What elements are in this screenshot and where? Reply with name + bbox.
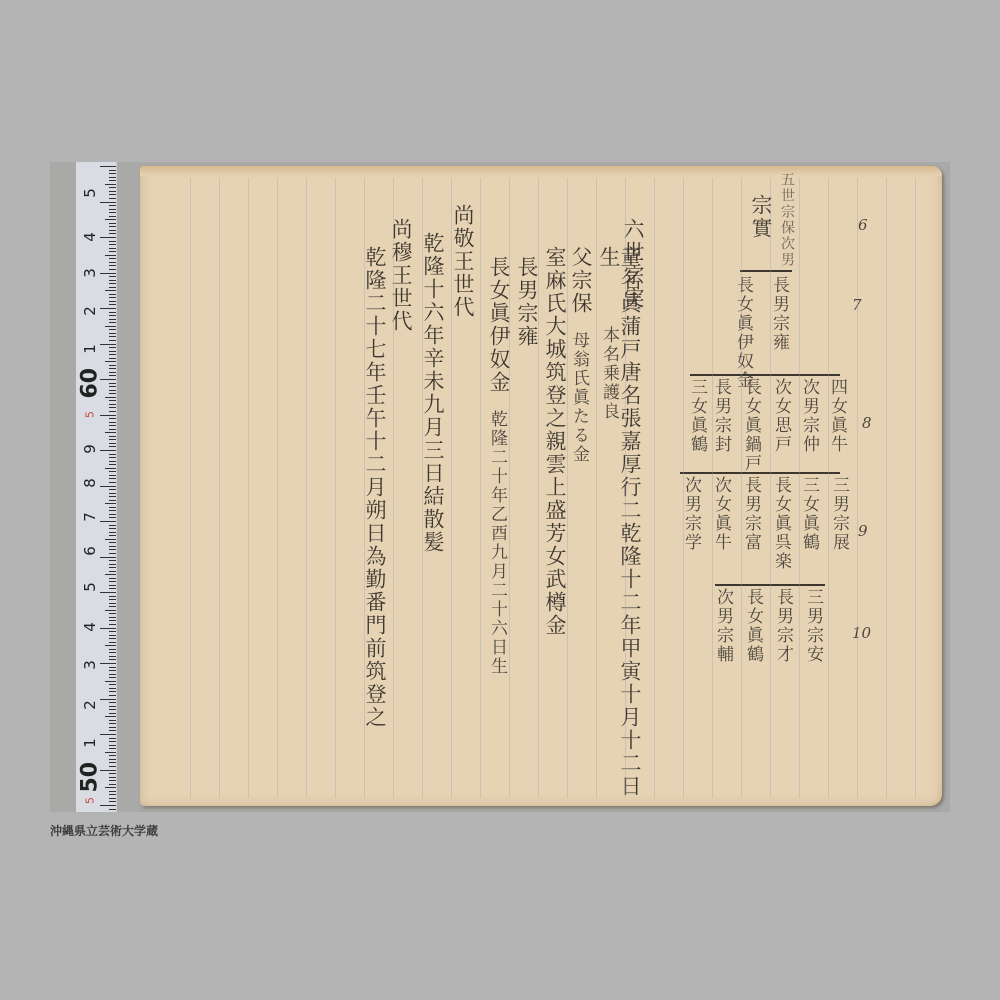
ruler-tick xyxy=(109,429,116,430)
ruler-tick xyxy=(109,461,116,462)
tree-gen3-0: 三男宗展 xyxy=(830,476,847,552)
ruler-tick xyxy=(109,791,116,792)
ruler-tick xyxy=(100,663,116,664)
ruled-line xyxy=(857,178,858,798)
ruler-label: 5 xyxy=(84,789,97,813)
ruler-tick xyxy=(109,638,116,639)
ruler-tick xyxy=(109,794,116,795)
text-column: 長女眞伊奴金 xyxy=(488,256,509,394)
ruler-tick xyxy=(100,699,116,700)
ruled-line xyxy=(219,178,220,798)
ruled-line xyxy=(683,178,684,798)
page-number: 8 xyxy=(862,414,872,432)
ruler-tick xyxy=(109,230,116,231)
tree-gen4-3: 次男宗輔 xyxy=(714,588,731,664)
ruler-tick xyxy=(109,613,116,614)
document-scan: 54321605987654321505 五世宗保次男 宗實 長男宗雍 長女眞伊… xyxy=(50,162,950,812)
ruled-line xyxy=(509,178,510,798)
ruler-tick xyxy=(109,198,116,199)
ruler-tick xyxy=(109,667,116,668)
ruled-line xyxy=(277,178,278,798)
ruler-tick xyxy=(109,720,116,721)
ruler-tick xyxy=(109,457,116,458)
ruler-tick xyxy=(109,553,116,554)
measuring-ruler: 54321605987654321505 xyxy=(76,162,117,812)
ruler-tick xyxy=(100,805,116,806)
ruler-label: 8 xyxy=(81,471,99,495)
ruler-tick xyxy=(109,688,116,689)
ruler-tick xyxy=(109,674,116,675)
ruler-tick xyxy=(109,475,116,476)
ruler-tick xyxy=(100,521,116,522)
ruler-tick xyxy=(109,549,116,550)
ruler-tick xyxy=(105,574,116,575)
tree-gen3-1: 三女眞鶴 xyxy=(800,476,817,552)
ruled-line xyxy=(306,178,307,798)
ruler-tick xyxy=(109,418,116,419)
ruler-tick xyxy=(109,809,116,810)
ruler-tick xyxy=(109,180,116,181)
ruler-tick xyxy=(109,713,116,714)
ruled-line xyxy=(567,178,568,798)
ruler-label: 3 xyxy=(81,653,99,677)
text-column: 尚敬王世代 xyxy=(452,204,473,319)
ruler-tick xyxy=(109,233,116,234)
ruler-tick xyxy=(105,645,116,646)
ruler-tick xyxy=(109,390,116,391)
ruler-tick xyxy=(109,241,116,242)
ruler-tick xyxy=(105,681,116,682)
ruler-tick xyxy=(109,439,116,440)
ruler-tick xyxy=(105,752,116,753)
ruled-line xyxy=(828,178,829,798)
ruled-line xyxy=(248,178,249,798)
ruler-tick xyxy=(109,304,116,305)
ruler-tick xyxy=(109,209,116,210)
ruler-tick xyxy=(109,496,116,497)
ruler-tick xyxy=(100,592,116,593)
ruler-tick xyxy=(109,677,116,678)
ruler-tick xyxy=(100,273,116,274)
ruler-tick xyxy=(109,659,116,660)
ruler-tick xyxy=(109,251,116,252)
ruler-label: 7 xyxy=(81,505,99,529)
ruler-tick xyxy=(109,280,116,281)
ruler-tick xyxy=(109,571,116,572)
ruler-tick xyxy=(109,297,116,298)
tree-gen3-5: 次男宗学 xyxy=(682,476,699,552)
ruler-tick xyxy=(109,400,116,401)
tree-gen4-0: 三男宗安 xyxy=(804,588,821,664)
ruler-label: 6 xyxy=(81,539,99,563)
ruler-tick xyxy=(109,709,116,710)
ruler-tick xyxy=(109,258,116,259)
ruler-tick xyxy=(109,191,116,192)
ruler-tick xyxy=(109,411,116,412)
ruler-tick xyxy=(109,784,116,785)
ruler-tick xyxy=(109,567,116,568)
ruler-tick xyxy=(109,170,116,171)
ruler-tick xyxy=(105,432,116,433)
ruler-tick xyxy=(109,581,116,582)
ruler-tick xyxy=(109,755,116,756)
ruler-tick xyxy=(109,500,116,501)
tree-gen4-2: 長女眞鶴 xyxy=(744,588,761,664)
ruler-tick xyxy=(109,606,116,607)
ruler-tick xyxy=(105,468,116,469)
ruler-label: 3 xyxy=(81,261,99,285)
ruler-tick xyxy=(109,723,116,724)
ruler-label: 4 xyxy=(81,615,99,639)
ruler-tick xyxy=(109,436,116,437)
ruler-tick xyxy=(109,194,116,195)
ruler-tick xyxy=(109,312,116,313)
tree-gen2-5: 三女眞鶴 xyxy=(688,378,705,454)
ruler-tick xyxy=(109,301,116,302)
tree-gen2-3: 長女眞鍋戸 xyxy=(742,378,759,473)
ruler-tick xyxy=(109,542,116,543)
ruler-tick xyxy=(109,212,116,213)
ruler-tick xyxy=(105,397,116,398)
ruler-tick xyxy=(109,514,116,515)
ruler-tick xyxy=(109,489,116,490)
text-column-note: 母翁氏眞たる金 xyxy=(570,331,587,464)
ruler-tick xyxy=(105,787,116,788)
ruler-tick xyxy=(109,578,116,579)
ruled-line xyxy=(886,178,887,798)
ruler-tick xyxy=(109,223,116,224)
ruler-tick xyxy=(109,493,116,494)
ruler-tick xyxy=(109,706,116,707)
ruler-tick xyxy=(109,248,116,249)
ruler-tick xyxy=(109,276,116,277)
page-number: 6 xyxy=(858,216,868,234)
ruler-label: 5 xyxy=(81,181,99,205)
ruler-label: 1 xyxy=(81,337,99,361)
ruled-line xyxy=(335,178,336,798)
ruler-label: 2 xyxy=(81,693,99,717)
ruler-tick xyxy=(109,656,116,657)
ruler-tick xyxy=(109,631,116,632)
ruler-tick xyxy=(109,294,116,295)
text-column: 童名眞蒲戸唐名張嘉厚行二乾隆十二年甲寅十月十二日生 xyxy=(598,246,640,806)
tree-gen2-1: 次男宗仲 xyxy=(800,378,817,454)
ruler-tick xyxy=(109,187,116,188)
ruled-line xyxy=(712,178,713,798)
ruler-tick xyxy=(105,326,116,327)
tree-gen2-4: 長男宗封 xyxy=(712,378,729,454)
ruler-tick xyxy=(100,202,116,203)
ruler-tick xyxy=(109,507,116,508)
ruler-label: 2 xyxy=(81,299,99,323)
ruled-line xyxy=(625,178,626,798)
ruler-tick xyxy=(109,407,116,408)
ruler-label: 60 xyxy=(78,375,103,399)
ruler-tick xyxy=(109,546,116,547)
ruler-tick xyxy=(109,766,116,767)
notebook-page: 五世宗保次男 宗實 長男宗雍 長女眞伊奴金 四女眞牛次男宗仲次女思戸長女眞鍋戸長… xyxy=(140,166,942,806)
genealogy-header: 五世宗保次男 xyxy=(780,172,794,268)
ruler-tick xyxy=(109,404,116,405)
ruler-tick xyxy=(109,471,116,472)
ruler-tick xyxy=(109,691,116,692)
ruler-tick xyxy=(109,780,116,781)
ruler-tick xyxy=(109,649,116,650)
ruler-tick xyxy=(109,351,116,352)
ruler-tick xyxy=(109,464,116,465)
tree-gen4-1: 長男宗才 xyxy=(774,588,791,664)
ruler-tick xyxy=(109,599,116,600)
ruled-line xyxy=(190,178,191,798)
ruler-tick xyxy=(109,727,116,728)
ruler-tick xyxy=(109,730,116,731)
ruler-tick xyxy=(109,588,116,589)
text-column: 長男宗雍 xyxy=(516,256,537,348)
text-column: 室麻氏大城筑登之親雲上盛芳女武樽金 xyxy=(544,246,565,637)
ruler-tick xyxy=(109,333,116,334)
ruler-tick xyxy=(100,237,116,238)
ruler-tick xyxy=(109,702,116,703)
ruler-tick xyxy=(109,617,116,618)
ruled-line xyxy=(364,178,365,798)
ruler-tick xyxy=(100,734,116,735)
tree-gen2-0: 四女眞牛 xyxy=(828,378,845,454)
ruler-tick xyxy=(109,269,116,270)
ruler-label: 5 xyxy=(81,575,99,599)
ruler-tick xyxy=(109,620,116,621)
ruler-tick xyxy=(109,528,116,529)
ruled-line xyxy=(480,178,481,798)
ruler-tick xyxy=(109,173,116,174)
ruler-tick xyxy=(109,425,116,426)
ruler-tick xyxy=(109,358,116,359)
ruler-tick xyxy=(100,308,116,309)
ruler-tick xyxy=(109,517,116,518)
ruler-tick xyxy=(109,560,116,561)
ruler-tick xyxy=(109,759,116,760)
ruler-tick xyxy=(105,290,116,291)
ruler-tick xyxy=(109,535,116,536)
ruler-tick xyxy=(109,762,116,763)
text-column-note: 乾隆二十年乙酉九月二十六日生 xyxy=(488,410,505,676)
ruler-tick xyxy=(109,443,116,444)
ruler-tick xyxy=(109,340,116,341)
ruler-tick xyxy=(105,503,116,504)
text-column: 乾隆十六年辛未九月三日結散髪 xyxy=(422,232,443,554)
ruler-tick xyxy=(109,336,116,337)
ruler-tick xyxy=(109,386,116,387)
ruler-tick xyxy=(109,745,116,746)
ruled-line xyxy=(538,178,539,798)
ruler-tick xyxy=(109,585,116,586)
ruler-tick xyxy=(109,226,116,227)
tree-gen3-3: 長男宗富 xyxy=(742,476,759,552)
ruler-tick xyxy=(105,219,116,220)
ruler-tick xyxy=(109,177,116,178)
ruler-tick xyxy=(109,329,116,330)
tree-root: 宗實 xyxy=(750,194,771,240)
ruler-tick xyxy=(109,454,116,455)
ruler-tick xyxy=(109,695,116,696)
ruler-tick xyxy=(109,510,116,511)
ruler-tick xyxy=(109,777,116,778)
ruler-tick xyxy=(109,262,116,263)
ruler-label: 4 xyxy=(81,225,99,249)
ruler-tick xyxy=(100,450,116,451)
ruler-tick xyxy=(109,216,116,217)
ruler-tick xyxy=(105,255,116,256)
ruler-tick xyxy=(109,383,116,384)
tree-gen3-4: 次女眞牛 xyxy=(712,476,729,552)
ruler-tick xyxy=(109,372,116,373)
tree-gen2-2: 次女思戸 xyxy=(772,378,789,454)
ruler-tick xyxy=(109,801,116,802)
ruler-tick xyxy=(109,283,116,284)
ruler-tick xyxy=(109,244,116,245)
page-number: 9 xyxy=(858,522,868,540)
ruler-tick xyxy=(100,344,116,345)
ruler-tick xyxy=(109,393,116,394)
ruler-tick xyxy=(100,628,116,629)
ruler-tick xyxy=(109,322,116,323)
ruler-tick xyxy=(100,486,116,487)
ruler-tick xyxy=(109,319,116,320)
ruled-line xyxy=(596,178,597,798)
ruler-tick xyxy=(109,525,116,526)
collection-caption: 沖縄県立芸術大学蔵 xyxy=(50,822,158,839)
text-column: 父宗保 xyxy=(570,246,591,315)
ruler-tick xyxy=(109,741,116,742)
tree-connector xyxy=(680,472,840,474)
ruler-tick xyxy=(105,539,116,540)
ruler-tick xyxy=(109,670,116,671)
ruler-tick xyxy=(109,564,116,565)
ruler-tick xyxy=(109,684,116,685)
ruled-line xyxy=(422,178,423,798)
tree-gen1-1: 長女眞伊奴金 xyxy=(734,276,751,390)
tree-gen3-2: 長女眞呉楽 xyxy=(772,476,789,571)
ruler-tick xyxy=(109,354,116,355)
ruler-tick xyxy=(105,716,116,717)
ruler-tick xyxy=(109,773,116,774)
ruled-line xyxy=(654,178,655,798)
ruler-tick xyxy=(109,446,116,447)
ruler-tick xyxy=(109,265,116,266)
ruler-tick xyxy=(109,624,116,625)
ruler-tick xyxy=(109,652,116,653)
ruler-tick xyxy=(109,422,116,423)
ruler-tick xyxy=(109,482,116,483)
ruler-tick xyxy=(105,184,116,185)
ruler-tick xyxy=(100,415,116,416)
ruler-label: 5 xyxy=(84,403,97,427)
ruler-tick xyxy=(109,375,116,376)
ruler-tick xyxy=(109,603,116,604)
ruler-tick xyxy=(109,347,116,348)
ruler-tick xyxy=(109,748,116,749)
page-number: 10 xyxy=(852,624,871,642)
ruler-tick xyxy=(109,478,116,479)
ruler-tick xyxy=(109,365,116,366)
ruler-tick xyxy=(109,798,116,799)
ruler-tick xyxy=(105,610,116,611)
ruler-tick xyxy=(109,287,116,288)
ruler-tick xyxy=(109,205,116,206)
ruler-tick xyxy=(100,166,116,167)
ruled-line xyxy=(741,178,742,798)
ruled-line xyxy=(451,178,452,798)
ruler-label: 9 xyxy=(81,437,99,461)
ruler-tick xyxy=(105,361,116,362)
ruler-tick xyxy=(109,532,116,533)
ruler-tick xyxy=(109,738,116,739)
ruler-tick xyxy=(109,596,116,597)
ruled-line xyxy=(393,178,394,798)
tree-gen1-0: 長男宗雍 xyxy=(770,276,787,352)
text-column: 乾隆二十七年壬午十二月朔日為勤番門前筑登之 xyxy=(364,246,385,729)
ruler-tick xyxy=(109,642,116,643)
tree-connector xyxy=(740,270,792,272)
ruler-tick xyxy=(109,315,116,316)
ruled-line xyxy=(799,178,800,798)
ruled-line xyxy=(915,178,916,798)
ruler-label: 1 xyxy=(81,731,99,755)
ruler-tick xyxy=(109,368,116,369)
ruled-line xyxy=(770,178,771,798)
ruler-tick xyxy=(109,635,116,636)
ruler-tick xyxy=(100,557,116,558)
